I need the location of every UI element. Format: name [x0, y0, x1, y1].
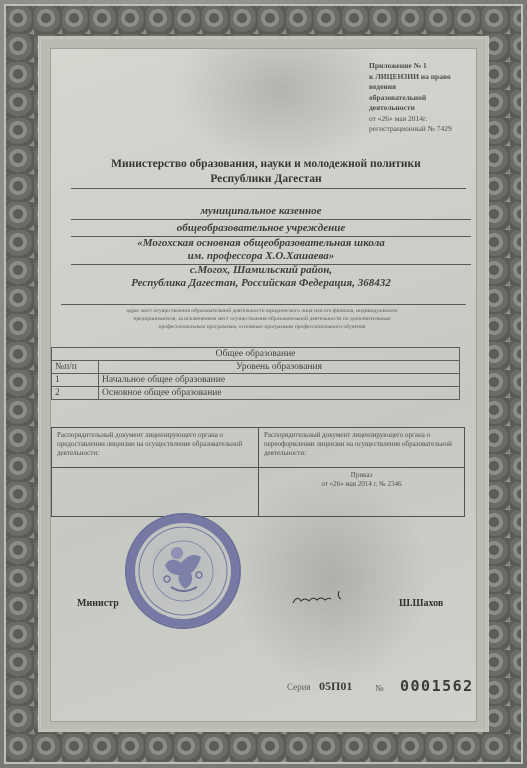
series-label: Серия — [287, 682, 311, 692]
series-value: 05П01 — [319, 679, 352, 694]
appendix-line: ведения — [369, 82, 477, 93]
grant-doc-value — [52, 468, 259, 517]
note-line: адрес мест осуществления образовательной… — [57, 307, 467, 315]
org-line-3: «Могохская основная общеобразовательная … — [51, 237, 471, 249]
appendix-line: образовательной — [369, 93, 477, 104]
document-page: Приложение № 1 к ЛИЦЕНЗИИ на право веден… — [50, 48, 477, 722]
appendix-line: деятельности — [369, 103, 477, 114]
education-levels-table: Общее образование №п/п Уровень образован… — [51, 347, 460, 400]
appendix-line: к ЛИЦЕНЗИИ на право — [369, 72, 477, 83]
header-number: №п/п — [52, 361, 99, 374]
address-note: адрес мест осуществления образовательной… — [57, 307, 467, 331]
table-title: Общее образование — [52, 348, 460, 361]
org-line-1: муниципальное казенное — [51, 205, 471, 217]
order-date-number: от «26» мая 2014 г. № 2346 — [264, 480, 459, 489]
row-number: 1 — [52, 374, 99, 387]
table-row: 2 Основное общее образование — [52, 387, 460, 400]
appendix-line: регистрационный № 7429 — [369, 124, 477, 135]
org-line-2: общеобразовательное учреждение — [51, 222, 471, 234]
org-line-6: Республика Дагестан, Российская Федераци… — [51, 277, 471, 289]
note-line: профессиональным программам, основным пр… — [57, 323, 467, 331]
issuer-heading: Министерство образования, науки и молоде… — [71, 157, 461, 187]
paper-fold-shadow — [171, 48, 391, 169]
table-header-row: №п/п Уровень образования — [52, 361, 460, 374]
handwritten-signature — [291, 587, 351, 607]
docs-value-row: Приказ от «26» мая 2014 г. № 2346 — [52, 468, 465, 517]
official-seal — [125, 513, 241, 629]
table-row: 1 Начальное общее образование — [52, 374, 460, 387]
issuer-line-2: Республики Дагестан — [71, 172, 461, 187]
reissue-doc-value: Приказ от «26» мая 2014 г. № 2346 — [259, 468, 465, 517]
minister-name: Ш.Шахов — [399, 598, 443, 609]
row-number: 2 — [52, 387, 99, 400]
docs-header-row: Распорядительный документ лицензирующего… — [52, 428, 465, 468]
header-level: Уровень образования — [99, 361, 460, 374]
divider — [71, 188, 466, 189]
org-line-4: им. профессора Х.О.Хашаева» — [51, 250, 471, 262]
number-label: № — [375, 683, 384, 693]
row-level: Начальное общее образование — [99, 374, 460, 387]
minister-label: Министр — [77, 598, 119, 609]
reissue-doc-header: Распорядительный документ лицензирующего… — [259, 428, 465, 468]
grant-doc-header: Распорядительный документ лицензирующего… — [52, 428, 259, 468]
admin-documents-table: Распорядительный документ лицензирующего… — [51, 427, 465, 517]
divider — [61, 304, 466, 305]
license-document: Приложение № 1 к ЛИЦЕНЗИИ на право веден… — [0, 0, 527, 768]
eagle-emblem-icon — [157, 539, 209, 597]
order-title: Приказ — [264, 471, 459, 480]
row-level: Основное общее образование — [99, 387, 460, 400]
serial-number: 0001562 — [400, 677, 474, 695]
appendix-line: Приложение № 1 — [369, 61, 477, 72]
appendix-reference: Приложение № 1 к ЛИЦЕНЗИИ на право веден… — [369, 61, 477, 135]
divider — [71, 219, 471, 220]
issuer-line-1: Министерство образования, науки и молоде… — [71, 157, 461, 172]
note-line: предпринимателя, за исключением мест осу… — [57, 315, 467, 323]
appendix-line: от «26» мая 2014г. — [369, 114, 477, 125]
org-line-5: с.Могох, Шамильский район, — [51, 264, 471, 276]
table-title-row: Общее образование — [52, 348, 460, 361]
